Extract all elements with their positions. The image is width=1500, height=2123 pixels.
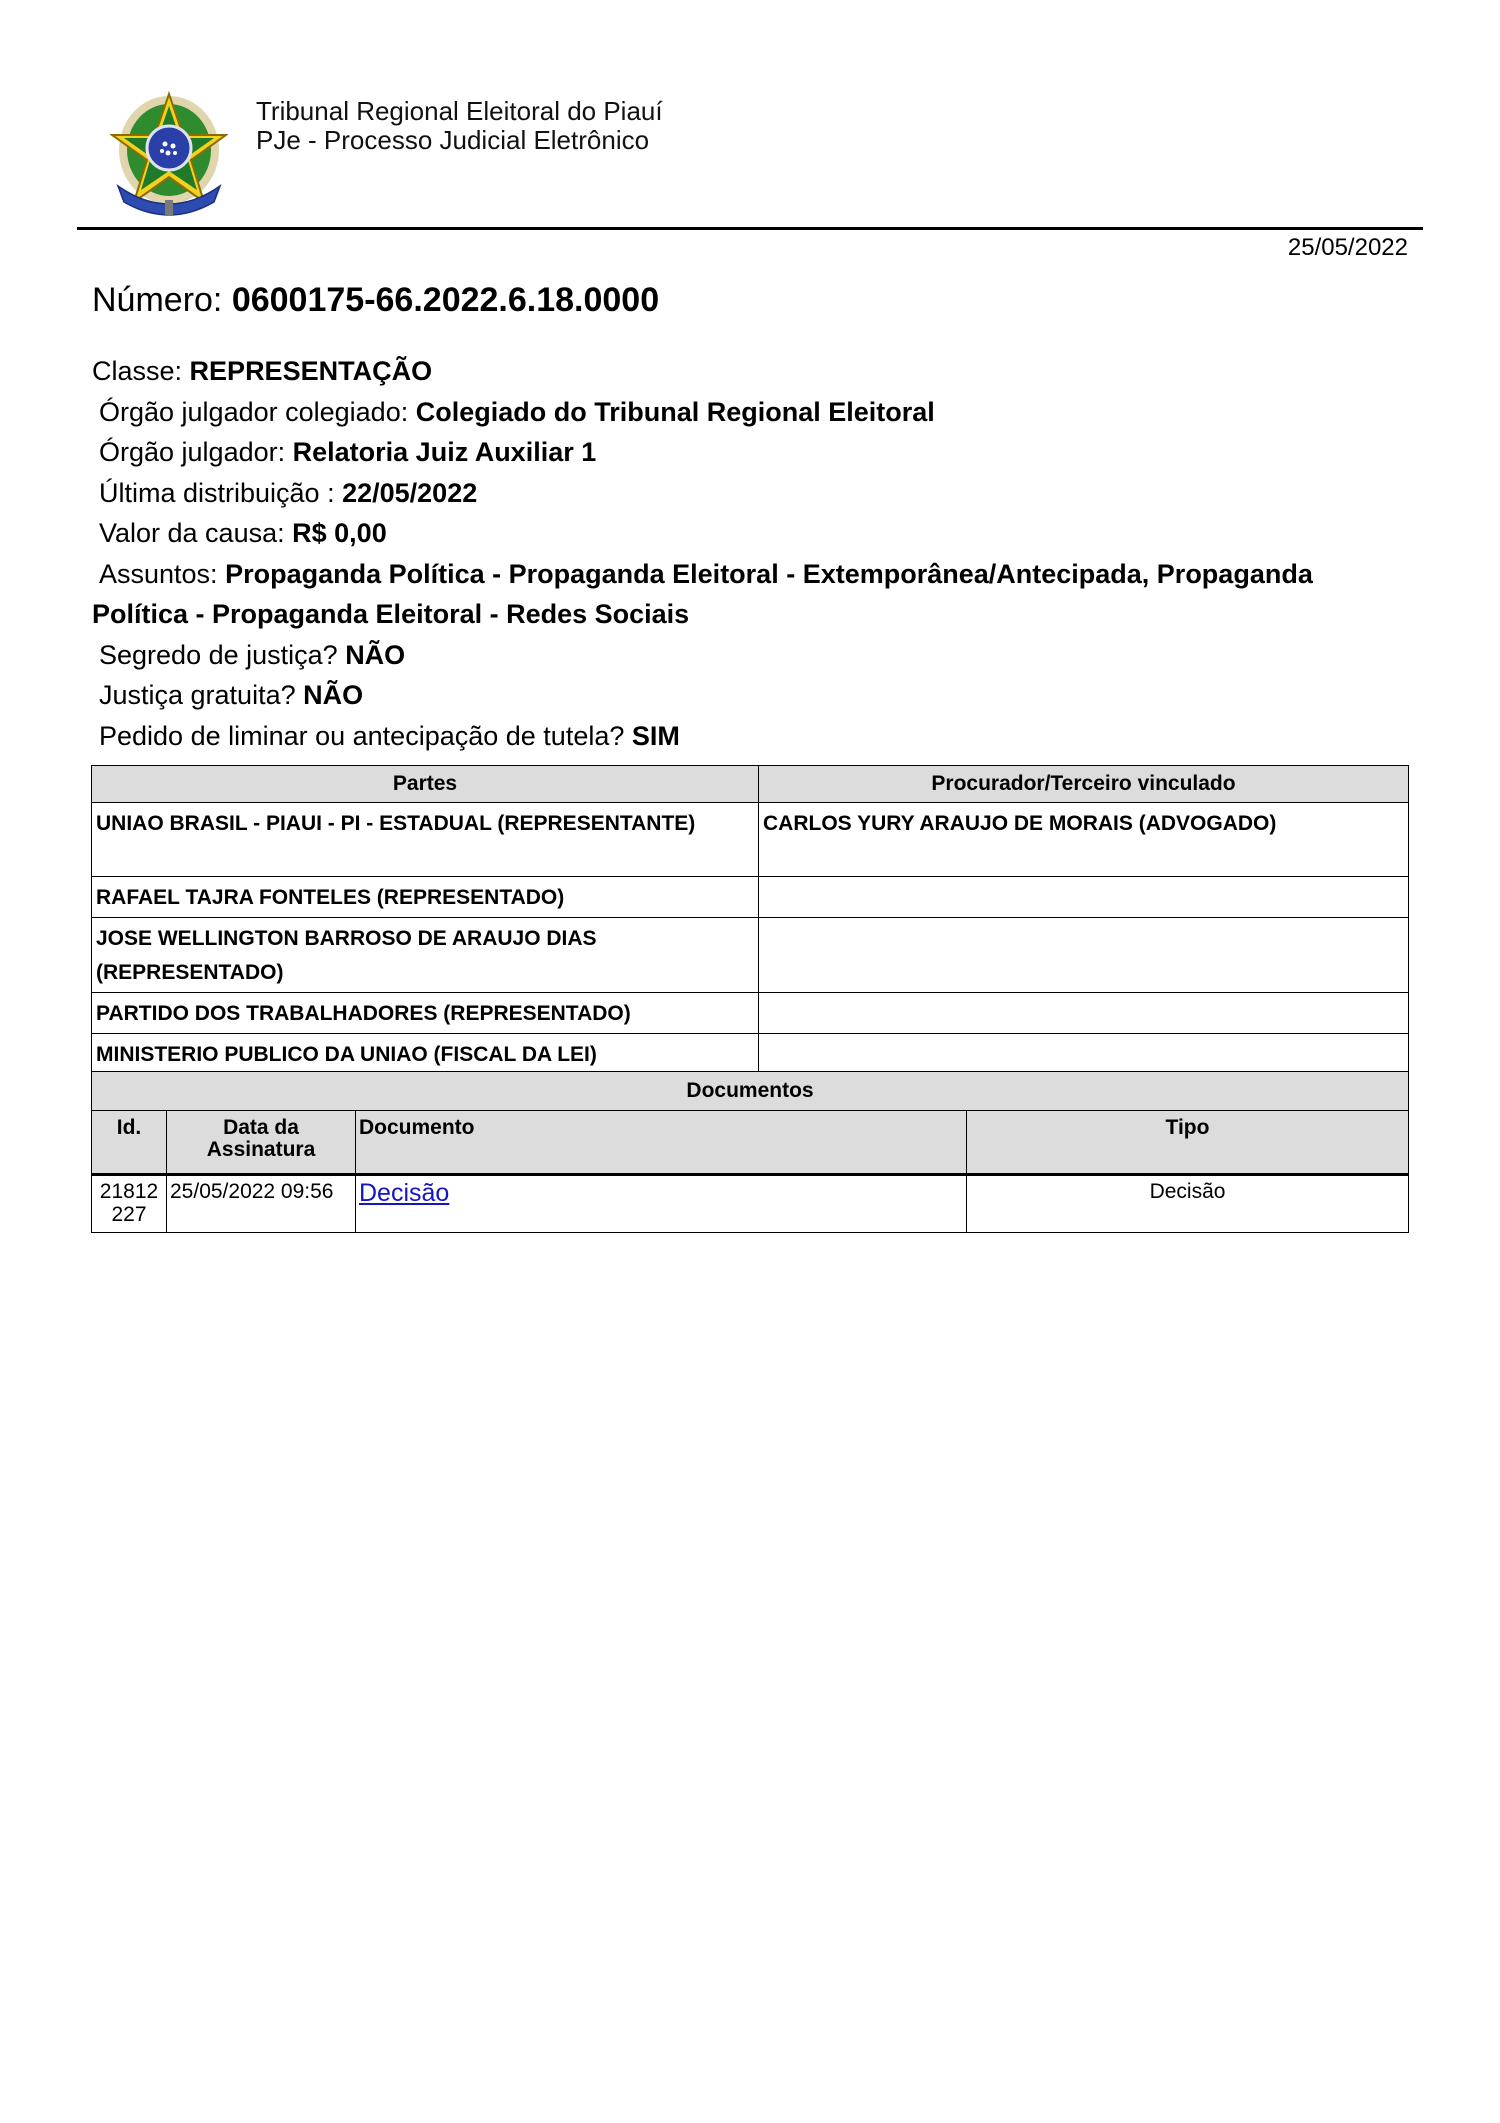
doc-link-cell: Decisão: [356, 1175, 967, 1233]
procurador-cell: [759, 918, 1409, 993]
field-value: R$ 0,00: [292, 518, 387, 548]
process-details: Classe: REPRESENTAÇÃO Órgão julgador col…: [92, 351, 1412, 756]
field-label: Classe:: [92, 356, 182, 386]
field-value: Relatoria Juiz Auxiliar 1: [293, 437, 597, 467]
parte-cell: RAFAEL TAJRA FONTELES (REPRESENTADO): [92, 877, 759, 918]
procurador-cell: CARLOS YURY ARAUJO DE MORAIS (ADVOGADO): [759, 803, 1409, 877]
table-title-row: Documentos: [92, 1072, 1409, 1111]
org-name: Tribunal Regional Eleitoral do Piauí: [256, 97, 663, 126]
field-pedido-liminar: Pedido de liminar ou antecipação de tute…: [92, 716, 1412, 757]
column-header-id: Id.: [92, 1111, 167, 1175]
field-value: 22/05/2022: [342, 478, 477, 508]
doc-type-cell: Decisão: [967, 1175, 1409, 1233]
table-row: PARTIDO DOS TRABALHADORES (REPRESENTADO): [92, 993, 1409, 1034]
doc-id-part: 21812: [100, 1180, 158, 1203]
field-value: SIM: [632, 721, 680, 751]
header-title-block: Tribunal Regional Eleitoral do Piauí PJe…: [256, 97, 663, 155]
field-orgao-julgador: Órgão julgador: Relatoria Juiz Auxiliar …: [92, 432, 1412, 473]
field-label: Segredo de justiça?: [99, 640, 338, 670]
column-header-tipo: Tipo: [967, 1111, 1409, 1175]
process-number-label: Número:: [92, 281, 222, 319]
system-name: PJe - Processo Judicial Eletrônico: [256, 126, 663, 155]
doc-date-cell: 25/05/2022 09:56: [167, 1175, 356, 1233]
document-date: 25/05/2022: [1288, 234, 1408, 262]
documentos-table: Documentos Id. Data da Assinatura Docume…: [91, 1071, 1409, 1233]
process-number: Número: 0600175-66.2022.6.18.0000: [92, 280, 659, 320]
parte-cell: JOSE WELLINGTON BARROSO DE ARAUJO DIAS (…: [92, 918, 759, 993]
table-row: MINISTERIO PUBLICO DA UNIAO (FISCAL DA L…: [92, 1034, 1409, 1075]
coat-of-arms-logo-icon: [110, 90, 228, 220]
parte-cell: UNIAO BRASIL - PIAUI - PI - ESTADUAL (RE…: [92, 803, 759, 877]
doc-id-cell: 21812227: [92, 1175, 167, 1233]
field-label: Valor da causa:: [99, 518, 285, 548]
document-link[interactable]: Decisão: [359, 1179, 449, 1207]
field-label: Última distribuição :: [99, 478, 335, 508]
field-label: Pedido de liminar ou antecipação de tute…: [99, 721, 624, 751]
procurador-cell: [759, 993, 1409, 1034]
table-header-row: Id. Data da Assinatura Documento Tipo: [92, 1111, 1409, 1175]
field-value: NÃO: [303, 680, 363, 710]
table-row: UNIAO BRASIL - PIAUI - PI - ESTADUAL (RE…: [92, 803, 1409, 877]
field-classe: Classe: REPRESENTAÇÃO: [92, 351, 1412, 392]
table-row: JOSE WELLINGTON BARROSO DE ARAUJO DIAS (…: [92, 918, 1409, 993]
procurador-cell: [759, 1034, 1409, 1075]
field-value: REPRESENTAÇÃO: [190, 356, 433, 386]
field-justica-gratuita: Justiça gratuita? NÃO: [92, 675, 1412, 716]
table-row: RAFAEL TAJRA FONTELES (REPRESENTADO): [92, 877, 1409, 918]
field-ultima-distribuicao: Última distribuição : 22/05/2022: [92, 473, 1412, 514]
documentos-title: Documentos: [92, 1072, 1409, 1111]
field-label: Órgão julgador:: [99, 437, 285, 467]
header-divider: [77, 227, 1423, 230]
field-orgao-colegiado: Órgão julgador colegiado: Colegiado do T…: [92, 392, 1412, 433]
field-segredo-justica: Segredo de justiça? NÃO: [92, 635, 1412, 676]
column-header-procurador: Procurador/Terceiro vinculado: [759, 766, 1409, 803]
partes-table: Partes Procurador/Terceiro vinculado UNI…: [91, 765, 1409, 1075]
field-label: Justiça gratuita?: [99, 680, 296, 710]
table-row: 21812227 25/05/2022 09:56 Decisão Decisã…: [92, 1175, 1409, 1233]
field-value: Colegiado do Tribunal Regional Eleitoral: [416, 397, 935, 427]
process-number-value: 0600175-66.2022.6.18.0000: [232, 281, 659, 319]
field-value: NÃO: [345, 640, 405, 670]
table-header-row: Partes Procurador/Terceiro vinculado: [92, 766, 1409, 803]
field-valor-causa: Valor da causa: R$ 0,00: [92, 513, 1412, 554]
column-header-partes: Partes: [92, 766, 759, 803]
procurador-cell: [759, 877, 1409, 918]
doc-id-part: 227: [111, 1203, 146, 1226]
field-label: Órgão julgador colegiado:: [99, 397, 408, 427]
column-header-data: Data da Assinatura: [167, 1111, 356, 1175]
parte-cell: MINISTERIO PUBLICO DA UNIAO (FISCAL DA L…: [92, 1034, 759, 1075]
parte-cell: PARTIDO DOS TRABALHADORES (REPRESENTADO): [92, 993, 759, 1034]
field-value: Propaganda Política - Propaganda Eleitor…: [92, 559, 1313, 630]
column-header-documento: Documento: [356, 1111, 967, 1175]
field-assuntos: Assuntos: Propaganda Política - Propagan…: [92, 554, 1412, 635]
field-label: Assuntos:: [92, 559, 218, 589]
